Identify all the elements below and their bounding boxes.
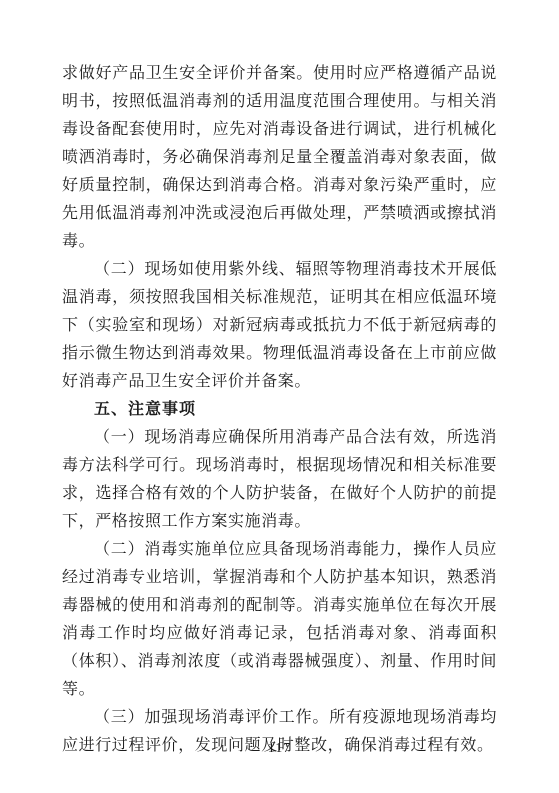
page-number: 117 — [0, 741, 559, 757]
paragraph-note-1: （一）现场消毒应确保所用消毒产品合法有效，所选消毒方法科学可行。现场消毒时，根据… — [62, 424, 497, 536]
paragraph-low-temp-disinfectant-continuation: 求做好产品卫生安全评价并备案。使用时应严格遵循产品说明书，按照低温消毒剂的适用温… — [62, 60, 497, 256]
document-body: 求做好产品卫生安全评价并备案。使用时应严格遵循产品说明书，按照低温消毒剂的适用温… — [62, 60, 497, 760]
paragraph-note-2: （二）消毒实施单位应具备现场消毒能力，操作人员应经过消毒专业培训，掌握消毒和个人… — [62, 536, 497, 704]
paragraph-physical-disinfection: （二）现场如使用紫外线、辐照等物理消毒技术开展低温消毒，须按照我国相关标准规范，… — [62, 256, 497, 396]
section-heading-precautions: 五、注意事项 — [62, 396, 497, 424]
document-page: 求做好产品卫生安全评价并备案。使用时应严格遵循产品说明书，按照低温消毒剂的适用温… — [0, 0, 559, 793]
